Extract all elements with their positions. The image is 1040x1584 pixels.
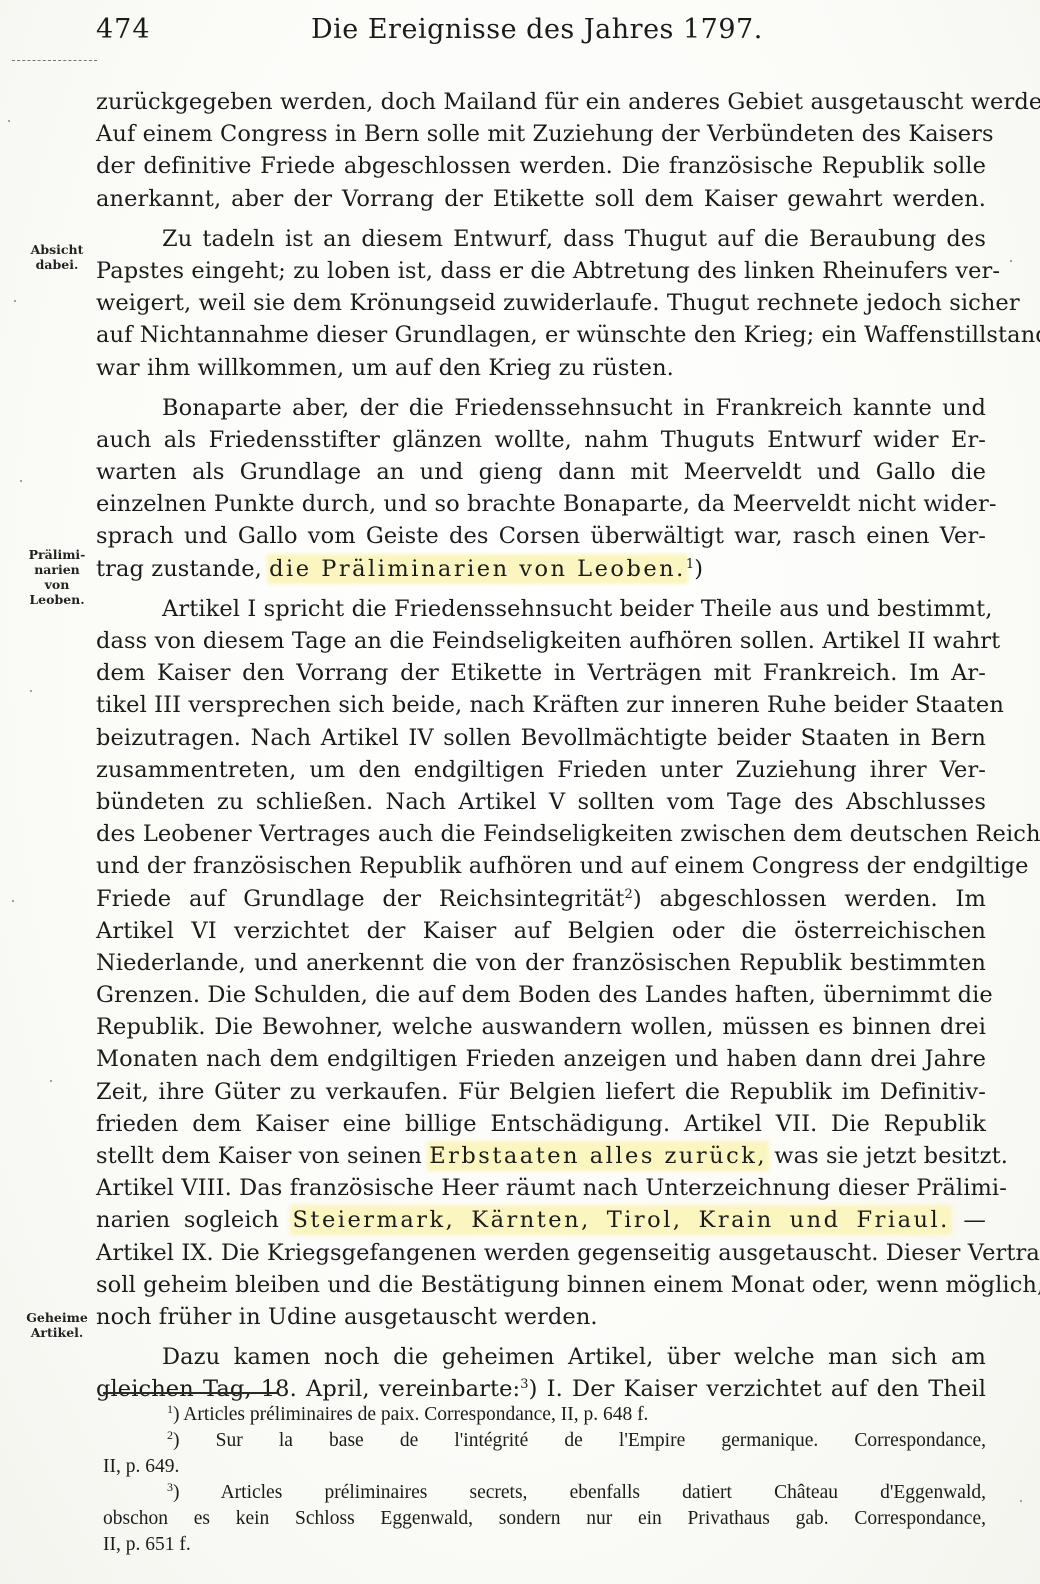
text-line: weigert, weil sie dem Krönungseid zuwide… — [96, 287, 986, 319]
scan-speck — [30, 690, 32, 692]
corner-rule — [12, 60, 97, 61]
text-line: Zu tadeln ist an diesem Entwurf, dass Th… — [96, 223, 986, 255]
text-line: Papstes eingeht; zu loben ist, dass er d… — [96, 255, 986, 287]
text-line: frieden dem Kaiser eine billige Entschäd… — [96, 1108, 986, 1140]
text-line: Republik. Die Bewohner, welche auswander… — [96, 1011, 986, 1043]
text-line: und der französischen Republik aufhören … — [96, 850, 986, 882]
text-line: sprach und Gallo vom Geiste des Corsen ü… — [96, 520, 986, 552]
text-line: auch als Friedensstifter glänzen wollte,… — [96, 424, 986, 456]
margin-note-line: Absicht — [22, 242, 92, 257]
paragraph-1: zurückgegeben werden, doch Mailand für e… — [96, 86, 986, 215]
running-title: Die Ereignisse des Jahres 1797. — [311, 14, 763, 45]
scanned-book-page: 474 Die Ereignisse des Jahres 1797. Absi… — [0, 0, 1040, 1584]
scan-speck — [8, 120, 10, 122]
text-line: soll geheim bleiben und die Bestätigung … — [96, 1269, 986, 1301]
margin-note-line: Leoben. — [22, 592, 92, 607]
page-number: 474 — [96, 14, 151, 45]
text-line: Grenzen. Die Schulden, die auf dem Boden… — [96, 979, 986, 1011]
text-line: gleichen Tag, 18. April, vereinbarte:3) … — [96, 1373, 986, 1405]
text-line: Bonaparte aber, der die Friedenssehnsuch… — [96, 392, 986, 424]
text-line: Niederlande, und anerkennt die von der f… — [96, 947, 986, 979]
text-line: Zeit, ihre Güter zu verkaufen. Für Belgi… — [96, 1076, 986, 1108]
text-line: Artikel I spricht die Friedenssehnsucht … — [96, 593, 986, 625]
text-line: Friede auf Grundlage der Reichsintegritä… — [96, 883, 986, 915]
footnote-ref-2[interactable]: 2 — [625, 887, 633, 902]
footnotes: 1) Articles préliminaires de paix. Corre… — [103, 1402, 986, 1558]
text-line: Artikel VIII. Das französische Heer räum… — [96, 1172, 986, 1204]
scan-speck — [20, 480, 22, 482]
margin-note-line: von — [22, 577, 92, 592]
text-line: der definitive Friede abgeschlossen werd… — [96, 150, 986, 182]
paragraph-3: Bonaparte aber, der die Friedenssehnsuch… — [96, 392, 986, 585]
text-line: einzelnen Punkte durch, und so brachte B… — [96, 488, 986, 520]
highlighted-phrase: die Präliminarien von Leoben. — [269, 556, 686, 582]
text-line: Dazu kamen noch die geheimen Artikel, üb… — [96, 1341, 986, 1373]
margin-note-line: Prälimi- — [22, 547, 92, 562]
text-line: anerkannt, aber der Vorrang der Etikette… — [96, 183, 986, 215]
margin-note-line: Geheime — [22, 1310, 92, 1325]
scan-speck — [12, 900, 14, 902]
text-line: bündeten zu schließen. Nach Artikel V so… — [96, 786, 986, 818]
footnote-3: 3) Articles préliminaires secrets, ebenf… — [103, 1480, 986, 1558]
highlighted-phrase: Steiermark, Kärnten, Tirol, Krain und Fr… — [292, 1207, 949, 1233]
main-text: zurückgegeben werden, doch Mailand für e… — [96, 86, 986, 1406]
footnote-1: 1) Articles préliminaires de paix. Corre… — [103, 1402, 986, 1428]
text-line: zusammentreten, um den endgiltigen Fried… — [96, 754, 986, 786]
scan-speck — [50, 1080, 52, 1082]
margin-note-line: dabei. — [22, 257, 92, 272]
highlighted-phrase: Erbstaaten alles zurück, — [429, 1143, 767, 1169]
margin-note-praeliminarien: Prälimi- narien von Leoben. — [22, 547, 92, 607]
margin-note-geheime-artikel: Geheime Artikel. — [22, 1310, 92, 1340]
text-line: Monaten nach dem endgiltigen Frieden anz… — [96, 1043, 986, 1075]
paragraph-5: Dazu kamen noch die geheimen Artikel, üb… — [96, 1341, 986, 1405]
margin-note-line: Artikel. — [22, 1325, 92, 1340]
text-line: war ihm willkommen, um auf den Krieg zu … — [96, 352, 986, 384]
scan-speck — [14, 300, 16, 302]
text-line: trag zustande, die Präliminarien von Leo… — [96, 553, 986, 585]
margin-note-absicht: Absicht dabei. — [22, 242, 92, 272]
text-line: zurückgegeben werden, doch Mailand für e… — [96, 86, 986, 118]
footnote-2: 2) Sur la base de l'intégrité de l'Empir… — [103, 1428, 986, 1480]
text-line: Artikel VI verzichtet der Kaiser auf Bel… — [96, 915, 986, 947]
footnote-separator — [103, 1392, 278, 1394]
margin-note-line: narien — [22, 562, 92, 577]
text-line: dem Kaiser den Vorrang der Etikette in V… — [96, 657, 986, 689]
text-line: warten als Grundlage an und gieng dann m… — [96, 456, 986, 488]
paragraph-4: Artikel I spricht die Friedenssehnsucht … — [96, 593, 986, 1333]
scan-speck — [1010, 260, 1012, 262]
page-header: 474 Die Ereignisse des Jahres 1797. — [96, 14, 986, 54]
text-line: Artikel IX. Die Kriegsgefangenen werden … — [96, 1237, 986, 1269]
text-line: noch früher in Udine ausgetauscht werden… — [96, 1301, 986, 1333]
text-line: des Leobener Vertrages auch die Feindsel… — [96, 818, 986, 850]
text-line: narien sogleich Steiermark, Kärnten, Tir… — [96, 1204, 986, 1236]
text-line: auf Nichtannahme dieser Grundlagen, er w… — [96, 319, 986, 351]
footnote-ref-3[interactable]: 3 — [520, 1377, 528, 1392]
paragraph-2: Zu tadeln ist an diesem Entwurf, dass Th… — [96, 223, 986, 384]
text-line: dass von diesem Tage an die Feindseligke… — [96, 625, 986, 657]
footnote-ref-1[interactable]: 1 — [686, 557, 694, 572]
text-line: tikel III versprechen sich beide, nach K… — [96, 689, 986, 721]
scan-speck — [1020, 1500, 1022, 1502]
text-line: stellt dem Kaiser von seinen Erbstaaten … — [96, 1140, 986, 1172]
text-line: beizutragen. Nach Artikel IV sollen Bevo… — [96, 722, 986, 754]
text-line: Auf einem Congress in Bern solle mit Zuz… — [96, 118, 986, 150]
